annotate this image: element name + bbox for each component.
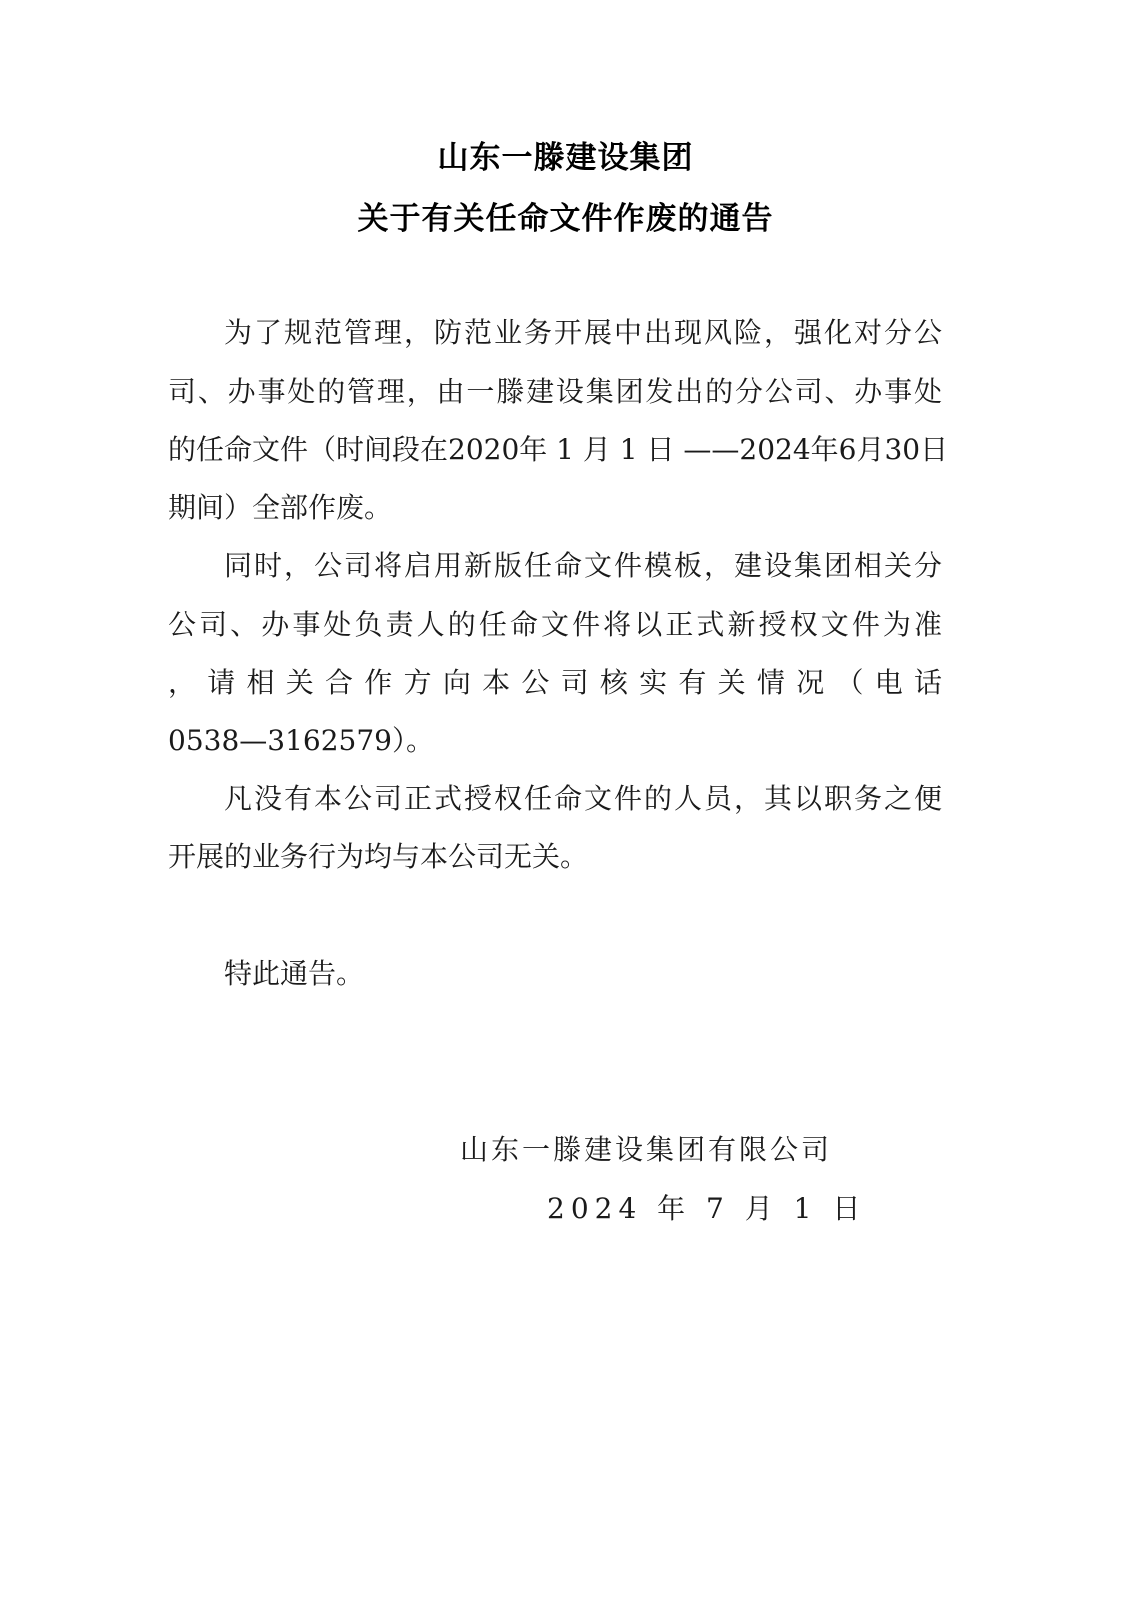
document-page: 山东一滕建设集团 关于有关任命文件作废的通告 为了规范管理，防范业务开展中出现风…: [0, 0, 1131, 1600]
paragraph-line: 公司、办事处负责人的任命文件将以正式新授权文件为准: [168, 605, 942, 645]
closing-statement: 特此通告。: [224, 954, 942, 994]
paragraph-line: 为了规范管理，防范业务开展中出现风险，强化对分公: [224, 313, 942, 353]
signature-company: 山东一滕建设集团有限公司: [460, 1130, 832, 1170]
paragraph-line: 司、办事处的管理，由一滕建设集团发出的分公司、办事处: [168, 372, 942, 412]
paragraph-line: 期间）全部作废。: [168, 488, 942, 528]
paragraph-line: 开展的业务行为均与本公司无关。: [168, 837, 942, 877]
paragraph-line: ，请相关合作方向本公司核实有关情况（电话: [168, 663, 942, 703]
paragraph-line: 凡没有本公司正式授权任命文件的人员，其以职务之便: [224, 779, 942, 819]
document-title-company: 山东一滕建设集团: [0, 132, 1131, 177]
signature-date: 2024 年 7 月 1 日: [547, 1189, 866, 1229]
paragraph-line: 0538—3162579）。: [168, 721, 942, 761]
paragraph-line: 的任命文件（时间段在2020年 1 月 1 日 ——2024年6月30日: [168, 430, 942, 470]
paragraph-line: 同时，公司将启用新版任命文件模板，建设集团相关分: [224, 546, 942, 586]
document-title-notice: 关于有关任命文件作废的通告: [0, 193, 1131, 238]
